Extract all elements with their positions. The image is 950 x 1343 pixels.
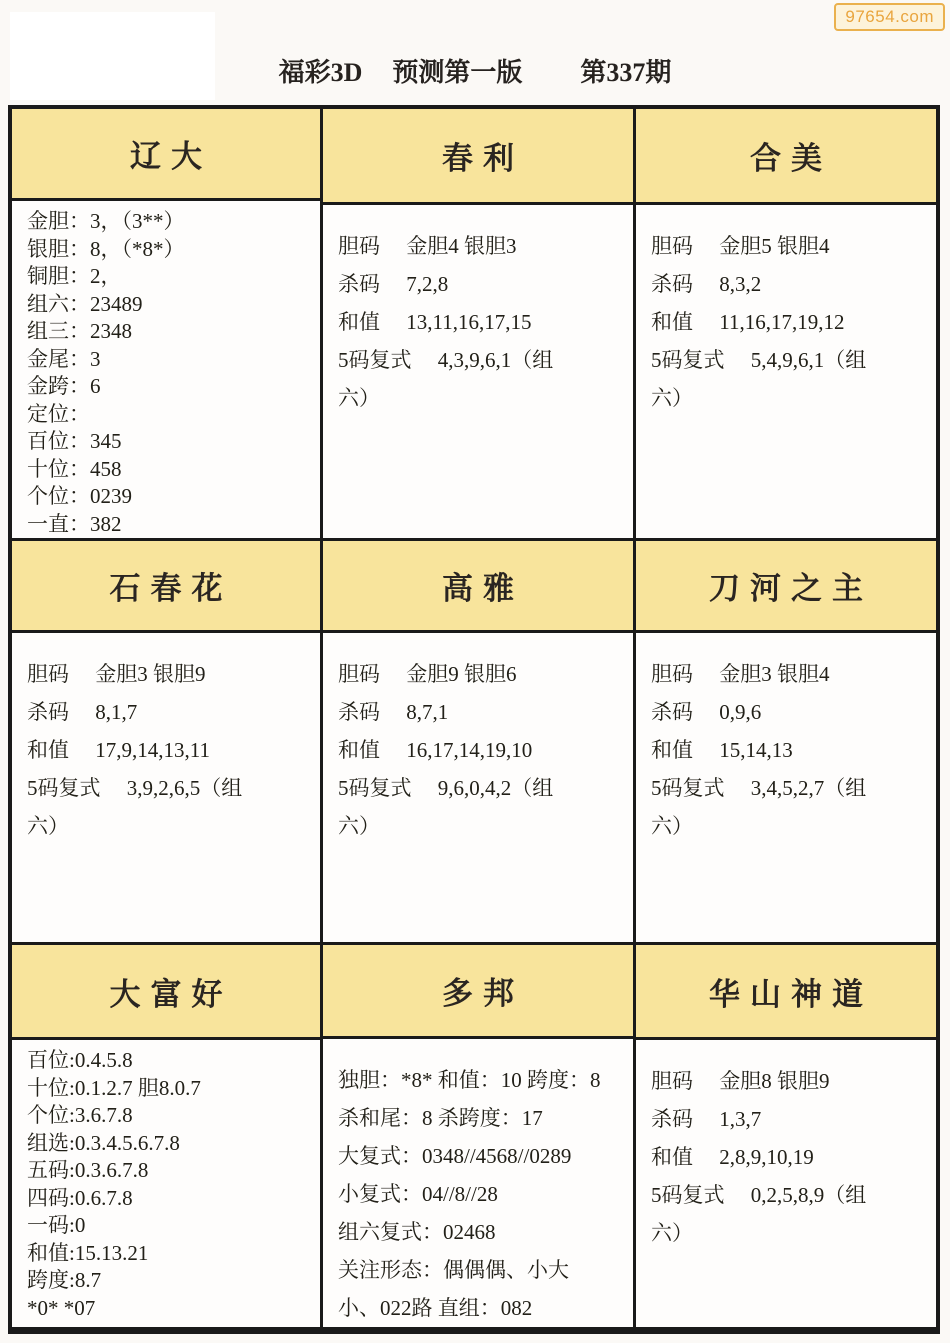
expert-panel: 合美 胆码 金胆5 银胆4杀码 8,3,2和值 11,16,17,19,125码…: [633, 109, 936, 538]
expert-panel: 刀河之主 胆码 金胆3 银胆4杀码 0,9,6和值 15,14,135码复式 3…: [633, 538, 936, 942]
prediction-line: 六）: [27, 807, 312, 845]
prediction-line: 四码:0.6.7.8: [27, 1185, 312, 1213]
prediction-line: 一直：382: [27, 511, 312, 539]
prediction-line: 大复式：0348//4568//0289: [338, 1137, 625, 1175]
prediction-body: 胆码 金胆8 银胆9杀码 1,3,7和值 2,8,9,10,195码复式 0,2…: [636, 1040, 936, 1327]
expert-name-header: 石春花: [12, 541, 320, 633]
prediction-line: 六）: [651, 807, 928, 845]
prediction-line: 和值 16,17,14,19,10: [338, 731, 625, 769]
prediction-line: 和值 15,14,13: [651, 731, 928, 769]
prediction-line: 杀码 8,7,1: [338, 693, 625, 731]
prediction-body: 胆码 金胆4 银胆3杀码 7,2,8和值 13,11,16,17,155码复式 …: [323, 205, 633, 538]
expert-panel: 高雅 胆码 金胆9 银胆6杀码 8,7,1和值 16,17,14,19,105码…: [320, 538, 633, 942]
prediction-body: 金胆：3，（3**）银胆：8，（*8*）铜胆：2，组六：23489组三：2348…: [12, 201, 320, 538]
prediction-line: 和值:15.13.21: [27, 1240, 312, 1268]
prediction-line: 胆码 金胆5 银胆4: [651, 227, 928, 265]
prediction-line: 定位：: [27, 401, 312, 429]
prediction-line: 铜胆：2，: [27, 263, 312, 291]
prediction-line: 银胆：8，（*8*）: [27, 236, 312, 264]
page-title: 福彩3D 预测第一版 第337期: [0, 52, 950, 89]
expert-name-header: 大富好: [12, 945, 320, 1040]
title-lottery-name: 福彩3D: [279, 52, 363, 89]
prediction-line: 和值 2,8,9,10,19: [651, 1138, 928, 1176]
prediction-line: 跨度:8.7: [27, 1267, 312, 1295]
watermark-text: 97654.com: [845, 7, 934, 26]
expert-panel: 春利 胆码 金胆4 银胆3杀码 7,2,8和值 13,11,16,17,155码…: [320, 109, 633, 538]
prediction-line: 六）: [338, 807, 625, 845]
prediction-body: 独胆：*8* 和值：10 跨度：8杀和尾：8 杀跨度：17大复式：0348//4…: [323, 1039, 633, 1327]
expert-panel: 华山神道 胆码 金胆8 银胆9杀码 1,3,7和值 2,8,9,10,195码复…: [633, 942, 936, 1327]
prediction-line: 小、022路 直组：082: [338, 1289, 625, 1327]
prediction-grid: 辽大 金胆：3，（3**）银胆：8，（*8*）铜胆：2，组六：23489组三：2…: [8, 105, 940, 1334]
prediction-line: 金尾：3: [27, 346, 312, 374]
expert-name-header: 高雅: [323, 541, 633, 633]
prediction-line: 5码复式 3,4,5,2,7（组: [651, 769, 928, 807]
prediction-line: 组三：2348: [27, 318, 312, 346]
prediction-line: 十位：458: [27, 456, 312, 484]
prediction-line: 关注形态：偶偶偶、小大: [338, 1251, 625, 1289]
expert-name-header: 春利: [323, 109, 633, 205]
prediction-line: 六）: [338, 379, 625, 417]
prediction-line: 杀码 0,9,6: [651, 693, 928, 731]
prediction-line: 六）: [651, 1214, 928, 1252]
prediction-line: 胆码 金胆8 银胆9: [651, 1062, 928, 1100]
prediction-line: 六）: [651, 379, 928, 417]
prediction-line: 和值 13,11,16,17,15: [338, 303, 625, 341]
title-edition: 预测第一版: [392, 52, 522, 89]
prediction-line: 小复式：04//8//28: [338, 1175, 625, 1213]
expert-panel: 石春花 胆码 金胆3 银胆9杀码 8,1,7和值 17,9,14,13,115码…: [12, 538, 320, 942]
prediction-line: 杀码 8,1,7: [27, 693, 312, 731]
prediction-line: 5码复式 9,6,0,4,2（组: [338, 769, 625, 807]
prediction-line: 百位:0.4.5.8: [27, 1047, 312, 1075]
title-issue-number: 第337期: [580, 52, 671, 89]
prediction-line: 和值 17,9,14,13,11: [27, 731, 312, 769]
prediction-line: 5码复式 5,4,9,6,1（组: [651, 341, 928, 379]
prediction-line: 和值 11,16,17,19,12: [651, 303, 928, 341]
expert-panel: 大富好 百位:0.4.5.8十位:0.1.2.7 胆8.0.7个位:3.6.7.…: [12, 942, 320, 1327]
prediction-line: 独胆：*8* 和值：10 跨度：8: [338, 1061, 625, 1099]
prediction-body: 胆码 金胆9 银胆6杀码 8,7,1和值 16,17,14,19,105码复式 …: [323, 633, 633, 942]
prediction-line: 个位：0239: [27, 483, 312, 511]
prediction-line: 组选:0.3.4.5.6.7.8: [27, 1130, 312, 1158]
prediction-line: 胆码 金胆9 银胆6: [338, 655, 625, 693]
prediction-body: 胆码 金胆3 银胆9杀码 8,1,7和值 17,9,14,13,115码复式 3…: [12, 633, 320, 942]
expert-name-header: 多邦: [323, 945, 633, 1039]
expert-name-header: 刀河之主: [636, 541, 936, 633]
prediction-line: 杀和尾：8 杀跨度：17: [338, 1099, 625, 1137]
prediction-line: 5码复式 4,3,9,6,1（组: [338, 341, 625, 379]
prediction-line: 一码:0: [27, 1212, 312, 1240]
expert-name-header: 合美: [636, 109, 936, 205]
expert-name-header: 辽大: [12, 109, 320, 201]
watermark-badge: 97654.com: [834, 3, 945, 31]
prediction-line: *0* *07: [27, 1295, 312, 1323]
expert-name-header: 华山神道: [636, 945, 936, 1040]
prediction-line: 五码:0.3.6.7.8: [27, 1157, 312, 1185]
prediction-line: 胆码 金胆3 银胆4: [651, 655, 928, 693]
prediction-body: 百位:0.4.5.8十位:0.1.2.7 胆8.0.7个位:3.6.7.8组选:…: [12, 1040, 320, 1327]
prediction-line: 金胆：3，（3**）: [27, 208, 312, 236]
prediction-line: 胆码 金胆4 银胆3: [338, 227, 625, 265]
expert-panel: 多邦 独胆：*8* 和值：10 跨度：8杀和尾：8 杀跨度：17大复式：0348…: [320, 942, 633, 1327]
prediction-line: 组六：23489: [27, 291, 312, 319]
prediction-line: 5码复式 3,9,2,6,5（组: [27, 769, 312, 807]
prediction-line: 个位:3.6.7.8: [27, 1102, 312, 1130]
prediction-line: 5码复式 0,2,5,8,9（组: [651, 1176, 928, 1214]
prediction-line: 组六复式：02468: [338, 1213, 625, 1251]
prediction-line: 十位:0.1.2.7 胆8.0.7: [27, 1075, 312, 1103]
prediction-line: 杀码 7,2,8: [338, 265, 625, 303]
prediction-line: 杀码 8,3,2: [651, 265, 928, 303]
prediction-line: 百位：345: [27, 428, 312, 456]
prediction-body: 胆码 金胆3 银胆4杀码 0,9,6和值 15,14,135码复式 3,4,5,…: [636, 633, 936, 942]
prediction-line: 金跨：6: [27, 373, 312, 401]
expert-panel: 辽大 金胆：3，（3**）银胆：8，（*8*）铜胆：2，组六：23489组三：2…: [12, 109, 320, 538]
prediction-body: 胆码 金胆5 银胆4杀码 8,3,2和值 11,16,17,19,125码复式 …: [636, 205, 936, 538]
prediction-line: 胆码 金胆3 银胆9: [27, 655, 312, 693]
prediction-line: 杀码 1,3,7: [651, 1100, 928, 1138]
